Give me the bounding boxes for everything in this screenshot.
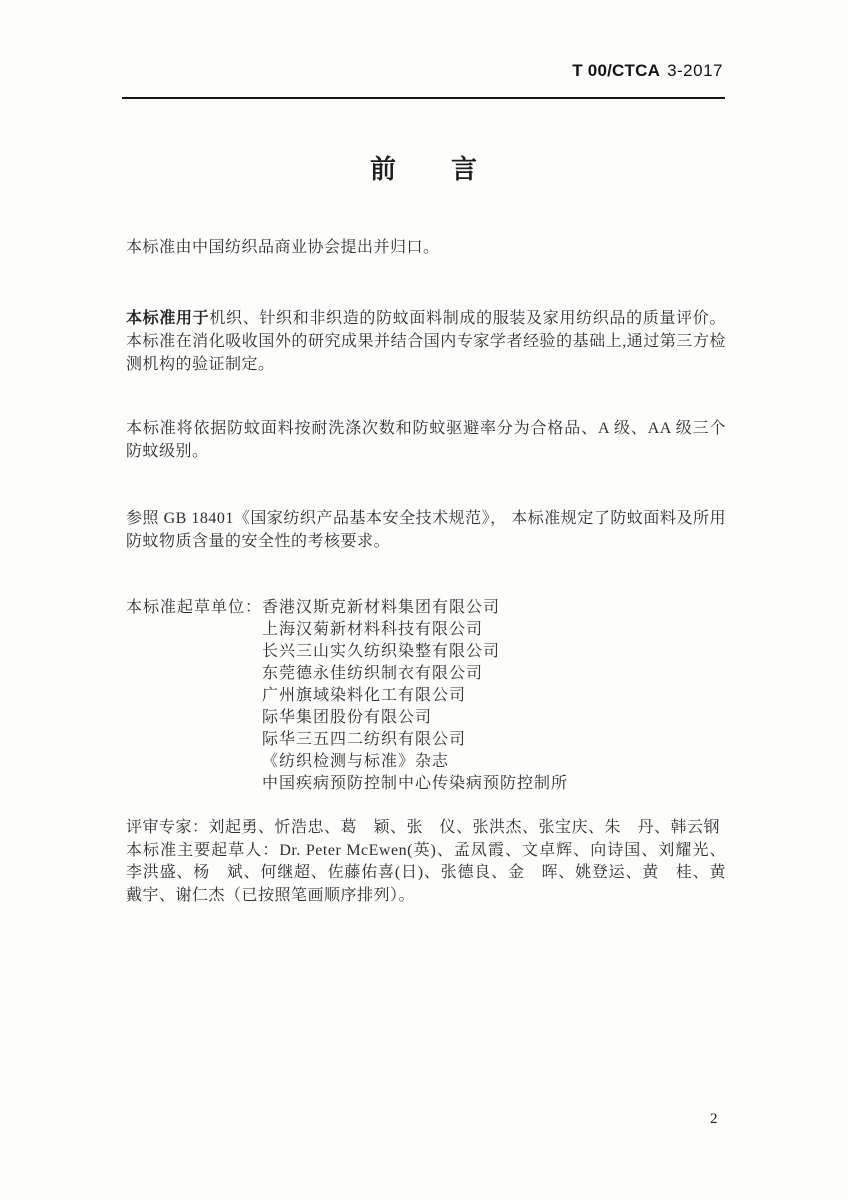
drafting-units-label: 本标准起草单位： bbox=[126, 597, 262, 619]
drafters-paragraph: 本标准主要起草人：Dr. Peter McEwen(英)、孟凤霞、文卓辉、向诗国… bbox=[126, 840, 726, 908]
drafting-unit-item: 广州旗域染料化工有限公司 bbox=[262, 685, 568, 707]
page-title: 前 言 bbox=[0, 149, 848, 186]
drafting-unit-item: 上海汉菊新材料科技有限公司 bbox=[262, 619, 568, 641]
paragraph-scope: 本标准用于机织、针织和非织造的防蚊面料制成的服装及家用纺织品的质量评价。本标准在… bbox=[126, 307, 726, 376]
page-number: 2 bbox=[710, 1111, 718, 1128]
drafting-unit-item: 《纺织检测与标准》杂志 bbox=[262, 751, 568, 773]
scope-rest-text: 机织、针织和非织造的防蚊面料制成的服装及家用纺织品的质量评价。本标准在消化吸收国… bbox=[126, 310, 726, 373]
page-header: T 00/CTCA3-2017 bbox=[572, 61, 723, 81]
drafting-unit-item: 长兴三山实久纺织染整有限公司 bbox=[262, 641, 568, 663]
experts-block: 评审专家：刘起勇、忻浩忠、葛 颖、张 仪、张洪杰、张宝庆、朱 丹、韩云钢 本标准… bbox=[126, 817, 726, 907]
drafting-unit-item: 际华集团股份有限公司 bbox=[262, 707, 568, 729]
paragraph-grades: 本标准将依据防蚊面料按耐洗涤次数和防蚊驱避率分为合格品、A 级、AA 级三个防蚊… bbox=[126, 417, 726, 463]
drafting-unit-item: 际华三五四二纺织有限公司 bbox=[262, 729, 568, 751]
reviewers-line: 评审专家：刘起勇、忻浩忠、葛 颖、张 仪、张洪杰、张宝庆、朱 丹、韩云钢 bbox=[126, 817, 726, 840]
scope-lead-text: 本标准用于 bbox=[126, 310, 209, 327]
standard-code: T 00/CTCA bbox=[572, 61, 660, 80]
standard-number: 3-2017 bbox=[667, 61, 723, 80]
drafting-units-list: 香港汉斯克新材料集团有限公司 上海汉菊新材料科技有限公司 长兴三山实久纺织染整有… bbox=[262, 597, 568, 795]
paragraph-safety: 参照 GB 18401《国家纺织产品基本安全技术规范》， 本标准规定了防蚊面料及… bbox=[126, 507, 726, 553]
drafting-unit-item: 东莞德永佳纺织制衣有限公司 bbox=[262, 663, 568, 685]
document-page: T 00/CTCA3-2017 前 言 本标准由中国纺织品商业协会提出并归口。 … bbox=[0, 0, 848, 1200]
drafting-unit-item: 中国疾病预防控制中心传染病预防控制所 bbox=[262, 773, 568, 795]
drafting-units-block: 本标准起草单位： 香港汉斯克新材料集团有限公司 上海汉菊新材料科技有限公司 长兴… bbox=[126, 597, 568, 795]
drafting-unit-item: 香港汉斯克新材料集团有限公司 bbox=[262, 597, 568, 619]
header-rule bbox=[122, 97, 725, 99]
paragraph-issued-by: 本标准由中国纺织品商业协会提出并归口。 bbox=[126, 236, 726, 259]
